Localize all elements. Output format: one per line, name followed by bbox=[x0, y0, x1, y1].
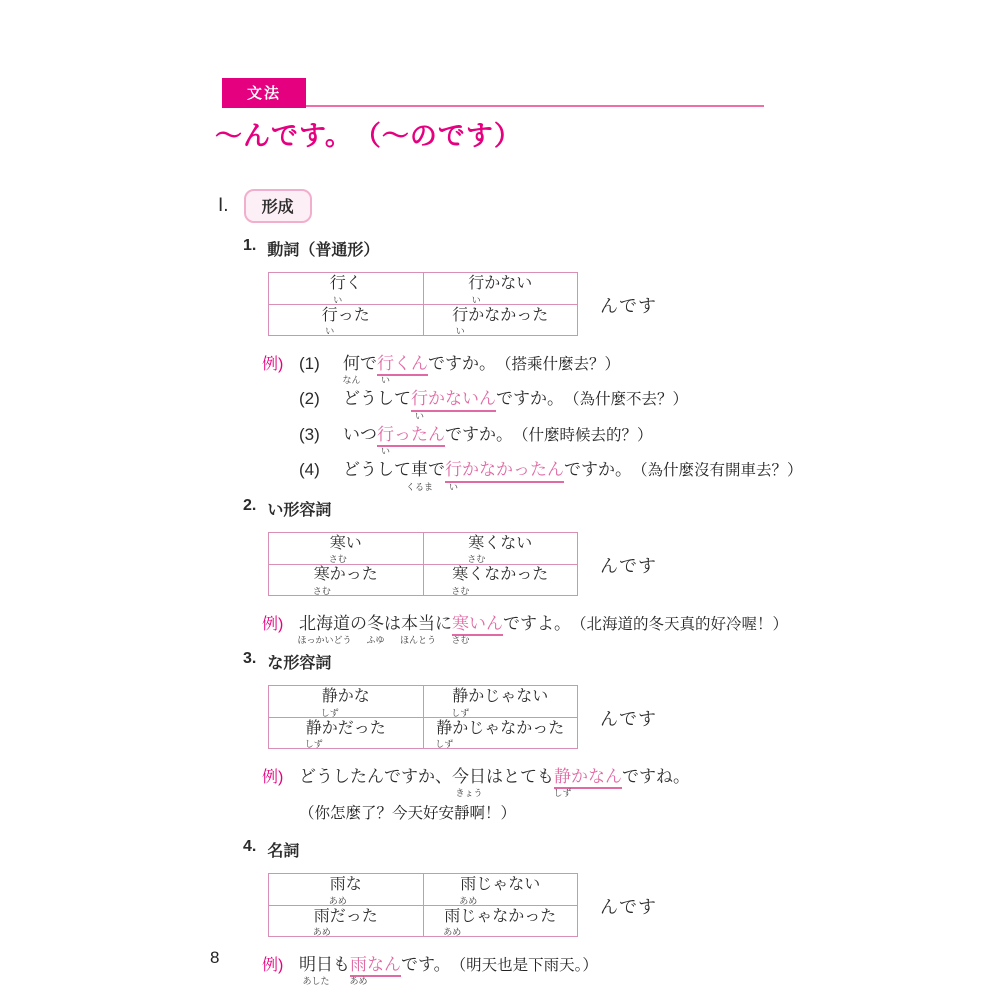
example-text-line: 明日あしたも雨あめなんです。（明天也是下雨天。） bbox=[299, 955, 598, 977]
section-heading: 2.い形容詞 bbox=[243, 497, 960, 520]
furigana: しず bbox=[553, 789, 571, 798]
text-segment: 今日きょう bbox=[452, 767, 486, 787]
highlighted-form: 行い bbox=[411, 389, 428, 411]
grammar-section: 2.い形容詞寒さむい寒さむくない寒さむかった寒さむくなかったんです例)北海道ほっ… bbox=[243, 497, 960, 636]
furigana: ほんとう bbox=[400, 636, 436, 645]
conjugation-table: 行いく行いかない行いった行いかなかった bbox=[268, 272, 578, 336]
example-text-line: どうして車くるまで行いかなかったんですか。（為什麼沒有開車去？） bbox=[343, 460, 803, 482]
conjugation-table: 静しずかな静しずかじゃない静しずかだった静しずかじゃなかった bbox=[268, 685, 578, 749]
text-segment: 冬ふゆ bbox=[367, 614, 384, 634]
text-segment: 行い bbox=[468, 274, 484, 293]
table-row: 寒さむい寒さむくない bbox=[269, 533, 577, 564]
example-body: 明日あしたも雨あめなんです。（明天也是下雨天。） bbox=[299, 955, 598, 977]
text-segment: かじゃなかった bbox=[452, 719, 564, 738]
furigana: さむ bbox=[329, 555, 347, 564]
table-cell: 雨あめだった bbox=[269, 906, 423, 936]
table-row: 行いった行いかなかった bbox=[269, 304, 577, 335]
sections-container: 1.動詞（普通形）行いく行いかない行いった行いかなかったんです例)(1)何なんで… bbox=[215, 237, 960, 977]
table-cell: 寒さむい bbox=[269, 533, 423, 564]
furigana: あめ bbox=[443, 928, 461, 937]
examples-block: 例)北海道ほっかいどうの冬ふゆは本当ほんとうに寒さむいんですよ。（北海道的冬天真… bbox=[262, 614, 960, 636]
ndesu-suffix: んです bbox=[600, 292, 657, 318]
furigana: ほっかいどう bbox=[297, 636, 351, 645]
highlighted-form: 行い bbox=[445, 460, 462, 482]
example-number: (3) bbox=[299, 425, 343, 447]
furigana: い bbox=[415, 412, 424, 421]
text-segment: 車くるま bbox=[411, 460, 428, 480]
furigana: さむ bbox=[467, 555, 485, 564]
furigana: い bbox=[333, 296, 342, 305]
furigana: あした bbox=[302, 977, 329, 986]
example-label: 例) bbox=[262, 767, 299, 824]
text-segment: だった bbox=[330, 907, 378, 926]
table-cell: 寒さむくなかった bbox=[423, 565, 578, 595]
text-segment: どうして bbox=[343, 460, 411, 480]
example-label: 例) bbox=[262, 354, 299, 376]
highlighted-form: 静しず bbox=[554, 767, 571, 789]
header-rule bbox=[306, 105, 764, 107]
text-segment: くない bbox=[484, 534, 532, 553]
text-segment: な bbox=[346, 875, 362, 894]
example-line: (4)どうして車くるまで行いかなかったんですか。（為什麼沒有開車去？） bbox=[262, 460, 960, 482]
furigana: い bbox=[472, 296, 481, 305]
text-segment: 行い bbox=[330, 274, 346, 293]
table-row: 寒さむかった寒さむくなかった bbox=[269, 564, 577, 595]
example-body: どうして行いかないんですか。（為什麼不去？） bbox=[343, 389, 688, 411]
translation-text: （搭乘什麼去？） bbox=[496, 356, 620, 375]
text-segment: 何なん bbox=[343, 354, 360, 374]
section-heading-text: な形容詞 bbox=[267, 650, 331, 673]
text-segment: ですね。 bbox=[622, 767, 690, 787]
furigana: さむ bbox=[451, 587, 469, 596]
table-wrap: 静しずかな静しずかじゃない静しずかだった静しずかじゃなかったんです bbox=[268, 685, 578, 749]
text-segment: はとても bbox=[486, 767, 554, 787]
text-segment: 行い bbox=[452, 306, 468, 325]
example-text-line: 北海道ほっかいどうの冬ふゆは本当ほんとうに寒さむいんですよ。（北海道的冬天真的好… bbox=[299, 614, 788, 636]
table-cell: 寒さむかった bbox=[269, 565, 423, 595]
text-segment: くなかった bbox=[468, 565, 548, 584]
example-text-line: どうしたんですか、今日きょうはとても静しずかなんですね。 bbox=[299, 767, 690, 789]
text-segment: かなかった bbox=[468, 306, 548, 325]
ndesu-suffix: んです bbox=[600, 552, 657, 578]
table-row: 静しずかな静しずかじゃない bbox=[269, 686, 577, 717]
text-segment: も bbox=[333, 955, 350, 975]
text-segment: ですよ。 bbox=[503, 614, 571, 634]
highlighted-form: くん bbox=[394, 354, 428, 376]
table-cell: 行いかなかった bbox=[423, 305, 578, 335]
section-numeral: I. bbox=[218, 195, 229, 217]
text-segment: で bbox=[428, 460, 445, 480]
highlighted-form: なん bbox=[367, 955, 401, 977]
table-cell: 静しずかじゃなかった bbox=[423, 718, 578, 748]
text-segment: ですか。 bbox=[445, 425, 513, 445]
section-heading: 1.動詞（普通形） bbox=[243, 237, 960, 260]
text-segment: い bbox=[346, 534, 362, 553]
text-segment: 寒さむ bbox=[468, 534, 484, 553]
highlighted-form: かなかったん bbox=[462, 460, 564, 482]
furigana: あめ bbox=[313, 928, 331, 937]
furigana: なん bbox=[342, 376, 360, 385]
table-cell: 行いった bbox=[269, 305, 423, 335]
text-segment: 静しず bbox=[436, 719, 452, 738]
furigana: い bbox=[449, 483, 458, 492]
text-segment: に bbox=[435, 614, 452, 634]
table-cell: 静しずかじゃない bbox=[423, 686, 578, 717]
table-row: 静しずかだった静しずかじゃなかった bbox=[269, 717, 577, 748]
section-heading: 3.な形容詞 bbox=[243, 650, 960, 673]
section-heading-text: 動詞（普通形） bbox=[267, 237, 379, 260]
example-body: いつ行いったんですか。（什麼時候去的？） bbox=[343, 425, 653, 447]
text-segment: かない bbox=[484, 274, 532, 293]
text-segment: は bbox=[384, 614, 401, 634]
grammar-section: 4.名詞雨あめな雨あめじゃない雨あめだった雨あめじゃなかったんです例)明日あした… bbox=[243, 838, 960, 977]
translation-text: （明天也是下雨天。） bbox=[451, 957, 598, 976]
table-row: 雨あめだった雨あめじゃなかった bbox=[269, 905, 577, 936]
text-segment: の bbox=[350, 614, 367, 634]
table-cell: 行いく bbox=[269, 273, 423, 304]
grammar-section: 3.な形容詞静しずかな静しずかじゃない静しずかだった静しずかじゃなかったんです例… bbox=[243, 650, 960, 824]
example-body: 北海道ほっかいどうの冬ふゆは本当ほんとうに寒さむいんですよ。（北海道的冬天真的好… bbox=[299, 614, 788, 636]
table-cell: 寒さむくない bbox=[423, 533, 578, 564]
conjugation-table: 寒さむい寒さむくない寒さむかった寒さむくなかった bbox=[268, 532, 578, 596]
example-body: どうしたんですか、今日きょうはとても静しずかなんですね。（你怎麼了？今天好安靜啊… bbox=[299, 767, 690, 824]
furigana: さむ bbox=[313, 587, 331, 596]
examples-block: 例)(1)何なんで行いくんですか。（搭乘什麼去？）(2)どうして行いかないんです… bbox=[262, 354, 960, 483]
example-number: (2) bbox=[299, 389, 343, 411]
highlighted-form: いん bbox=[469, 614, 503, 636]
text-segment: く bbox=[346, 274, 362, 293]
furigana: い bbox=[456, 327, 465, 336]
examples-block: 例)どうしたんですか、今日きょうはとても静しずかなんですね。（你怎麼了？今天好安… bbox=[262, 767, 960, 824]
example-label bbox=[262, 425, 299, 447]
example-label bbox=[262, 460, 299, 482]
text-segment: ですか。 bbox=[564, 460, 632, 480]
text-segment: 雨あめ bbox=[460, 875, 476, 894]
example-label: 例) bbox=[262, 614, 299, 636]
grammar-tag: 文法 bbox=[222, 78, 306, 108]
text-segment: 静しず bbox=[322, 687, 338, 706]
example-body: 何なんで行いくんですか。（搭乘什麼去？） bbox=[343, 354, 620, 376]
grammar-section: 1.動詞（普通形）行いく行いかない行いった行いかなかったんです例)(1)何なんで… bbox=[243, 237, 960, 483]
table-cell: 行いかない bbox=[423, 273, 578, 304]
furigana: しず bbox=[321, 709, 339, 718]
example-line: (2)どうして行いかないんですか。（為什麼不去？） bbox=[262, 389, 960, 411]
table-wrap: 行いく行いかない行いった行いかなかったんです bbox=[268, 272, 578, 336]
section-number: 1. bbox=[243, 237, 256, 260]
table-cell: 静しずかだった bbox=[269, 718, 423, 748]
example-line: 例)北海道ほっかいどうの冬ふゆは本当ほんとうに寒さむいんですよ。（北海道的冬天真… bbox=[262, 614, 960, 636]
text-segment: った bbox=[338, 306, 370, 325]
example-number: (4) bbox=[299, 460, 343, 482]
formation-pill: 形成 bbox=[244, 189, 312, 223]
ndesu-suffix: んです bbox=[600, 705, 657, 731]
table-wrap: 寒さむい寒さむくない寒さむかった寒さむくなかったんです bbox=[268, 532, 578, 596]
table-wrap: 雨あめな雨あめじゃない雨あめだった雨あめじゃなかったんです bbox=[268, 873, 578, 937]
furigana: あめ bbox=[349, 977, 367, 986]
text-segment: ですか。 bbox=[496, 389, 564, 409]
example-text-line: （你怎麼了？今天好安靜啊！） bbox=[299, 803, 690, 824]
translation-text: （為什麼不去？） bbox=[564, 391, 688, 410]
text-segment: 雨あめ bbox=[314, 907, 330, 926]
furigana: しず bbox=[435, 740, 453, 749]
example-line: 例)明日あしたも雨あめなんです。（明天也是下雨天。） bbox=[262, 955, 960, 977]
section-heading: 4.名詞 bbox=[243, 838, 960, 861]
example-label bbox=[262, 389, 299, 411]
translation-text: （你怎麼了？今天好安靜啊！） bbox=[299, 805, 516, 824]
translation-text: （為什麼沒有開車去？） bbox=[632, 462, 803, 481]
example-text-line: どうして行いかないんですか。（為什麼不去？） bbox=[343, 389, 688, 411]
page-title: 〜んです。 （〜のです） bbox=[215, 114, 960, 153]
text-segment: どうしたんですか、 bbox=[299, 767, 452, 787]
text-segment: 寒さむ bbox=[330, 534, 346, 553]
header: 文法 bbox=[222, 78, 960, 108]
text-segment: ですか。 bbox=[428, 354, 496, 374]
example-line: (3)いつ行いったんですか。（什麼時候去的？） bbox=[262, 425, 960, 447]
furigana: さむ bbox=[451, 636, 469, 645]
example-body: どうして車くるまで行いかなかったんですか。（為什麼沒有開車去？） bbox=[343, 460, 803, 482]
highlighted-form: ったん bbox=[394, 425, 445, 447]
text-segment: いつ bbox=[343, 425, 377, 445]
text-segment: どうして bbox=[343, 389, 411, 409]
furigana: きょう bbox=[455, 789, 482, 798]
text-segment: じゃなかった bbox=[460, 907, 556, 926]
text-segment: じゃない bbox=[476, 875, 540, 894]
text-segment: 寒さむ bbox=[314, 565, 330, 584]
formation-row: I. 形成 bbox=[218, 189, 960, 223]
furigana: い bbox=[381, 447, 390, 456]
text-segment: かだった bbox=[322, 719, 386, 738]
text-segment: 静しず bbox=[306, 719, 322, 738]
text-segment: 北海道ほっかいどう bbox=[299, 614, 350, 634]
text-segment: 行い bbox=[322, 306, 338, 325]
textbook-page: 文法 〜んです。 （〜のです） I. 形成 1.動詞（普通形）行いく行いかない行… bbox=[0, 0, 1000, 1000]
furigana: ふゆ bbox=[366, 636, 384, 645]
text-segment: 寒さむ bbox=[452, 565, 468, 584]
example-label: 例) bbox=[262, 955, 299, 977]
example-text-line: 何なんで行いくんですか。（搭乘什麼去？） bbox=[343, 354, 620, 376]
text-segment: 本当ほんとう bbox=[401, 614, 435, 634]
highlighted-form: 行い bbox=[377, 425, 394, 447]
highlighted-form: 雨あめ bbox=[350, 955, 367, 977]
table-cell: 雨あめじゃなかった bbox=[423, 906, 578, 936]
furigana: い bbox=[325, 327, 334, 336]
section-number: 3. bbox=[243, 650, 256, 673]
table-cell: 雨あめな bbox=[269, 874, 423, 905]
examples-block: 例)明日あしたも雨あめなんです。（明天也是下雨天。） bbox=[262, 955, 960, 977]
section-number: 4. bbox=[243, 838, 256, 861]
section-heading-text: 名詞 bbox=[267, 838, 299, 861]
furigana: あめ bbox=[329, 897, 347, 906]
highlighted-form: かなん bbox=[571, 767, 622, 789]
text-segment: です。 bbox=[401, 955, 451, 975]
text-segment: 明日あした bbox=[299, 955, 333, 975]
text-segment: かな bbox=[338, 687, 370, 706]
table-row: 行いく行いかない bbox=[269, 273, 577, 304]
furigana: あめ bbox=[459, 897, 477, 906]
table-row: 雨あめな雨あめじゃない bbox=[269, 874, 577, 905]
highlighted-form: 行い bbox=[377, 354, 394, 376]
furigana: しず bbox=[451, 709, 469, 718]
furigana: い bbox=[381, 376, 390, 385]
text-segment: で bbox=[360, 354, 377, 374]
table-cell: 静しずかな bbox=[269, 686, 423, 717]
example-text-line: いつ行いったんですか。（什麼時候去的？） bbox=[343, 425, 653, 447]
page-content: 文法 〜んです。 （〜のです） I. 形成 1.動詞（普通形）行いく行いかない行… bbox=[0, 0, 1000, 977]
example-number: (1) bbox=[299, 354, 343, 376]
text-segment: かじゃない bbox=[468, 687, 548, 706]
ndesu-suffix: んです bbox=[600, 893, 657, 919]
table-cell: 雨あめじゃない bbox=[423, 874, 578, 905]
translation-text: （北海道的冬天真的好冷喔！） bbox=[571, 616, 788, 635]
page-number: 8 bbox=[210, 948, 219, 968]
text-segment: かった bbox=[330, 565, 378, 584]
translation-text: （什麼時候去的？） bbox=[513, 427, 653, 446]
highlighted-form: かないん bbox=[428, 389, 496, 411]
text-segment: 雨あめ bbox=[444, 907, 460, 926]
furigana: くるま bbox=[406, 483, 433, 492]
conjugation-table: 雨あめな雨あめじゃない雨あめだった雨あめじゃなかった bbox=[268, 873, 578, 937]
section-heading-text: い形容詞 bbox=[267, 497, 331, 520]
example-line: 例)(1)何なんで行いくんですか。（搭乘什麼去？） bbox=[262, 354, 960, 376]
example-line: 例)どうしたんですか、今日きょうはとても静しずかなんですね。（你怎麼了？今天好安… bbox=[262, 767, 960, 824]
highlighted-form: 寒さむ bbox=[452, 614, 469, 636]
furigana: しず bbox=[305, 740, 323, 749]
text-segment: 雨あめ bbox=[330, 875, 346, 894]
section-number: 2. bbox=[243, 497, 256, 520]
text-segment: 静しず bbox=[452, 687, 468, 706]
